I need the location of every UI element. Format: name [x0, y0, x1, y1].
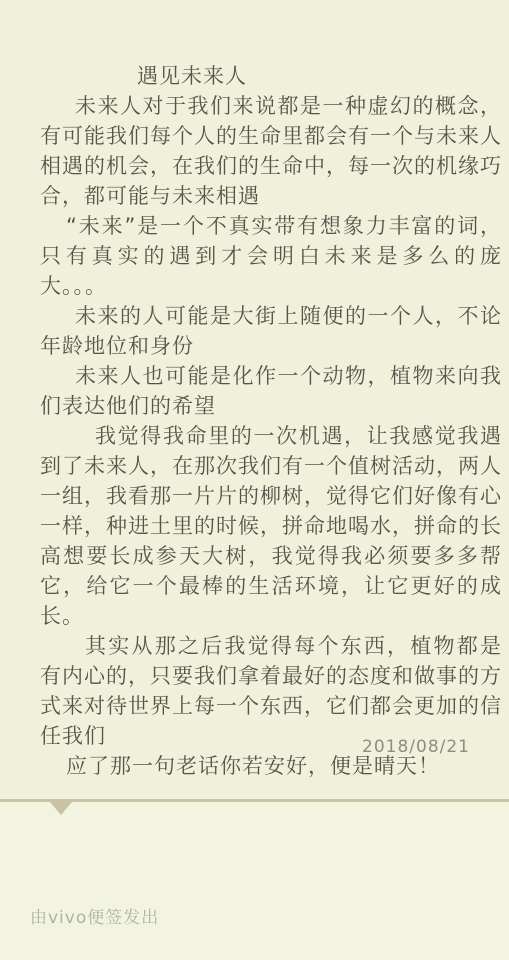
footer-area: 由vivo便签发出 [0, 802, 509, 960]
note-paragraph: 未来人对于我们来说都是一种虚幻的概念，有可能我们每个人的生命里都会有一个与未来人… [40, 91, 502, 211]
note-date: 2018/08/21 [362, 736, 470, 758]
note-title: 遇见未来人 [40, 61, 502, 91]
note-body: 遇见未来人未来人对于我们来说都是一种虚幻的概念，有可能我们每个人的生命里都会有一… [40, 61, 502, 781]
sent-from-label: 由vivo便签发出 [30, 903, 159, 928]
triangle-down-icon [50, 802, 72, 815]
note-paragraph: “未来”是一个不真实带有想象力丰富的词，只有真实的遇到才会明白未来是多么的庞大。… [40, 211, 502, 301]
note-paragraph: 未来的人可能是大街上随便的一个人，不论年龄地位和身份 [40, 301, 502, 361]
note-paragraph: 其实从那之后我觉得每个东西，植物都是有内心的，只要我们拿着最好的态度和做事的方式… [40, 631, 502, 751]
note-paragraph: 未来人也可能是化作一个动物，植物来向我们表达他们的希望 [40, 361, 502, 421]
divider-line [0, 799, 509, 802]
note-paragraph: 我觉得我命里的一次机遇，让我感觉我遇到了未来人，在那次我们有一个值树活动，两人一… [40, 421, 502, 631]
note-card: 遇见未来人未来人对于我们来说都是一种虚幻的概念，有可能我们每个人的生命里都会有一… [0, 0, 509, 800]
